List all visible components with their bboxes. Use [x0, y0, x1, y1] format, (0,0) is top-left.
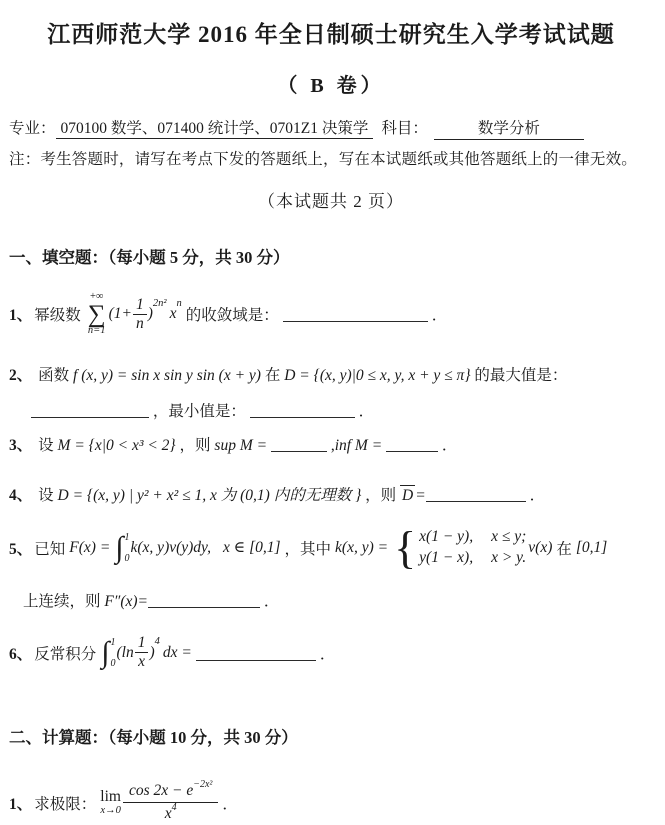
at-label: 在	[556, 537, 572, 559]
piecewise-definition: { x(1 − y), x ≤ y; y(1 − x), x > y.	[394, 525, 526, 571]
question-5: 5、 已知 F(x) = ∫ 1 0 k(x, y)v(y)dy, x ∈ [0…	[9, 525, 653, 571]
fraction-numerator: 1	[135, 635, 149, 653]
integral-limits: 1 0	[111, 637, 116, 669]
exam-paper-page: 江西师范大学 2016 年全日制硕士研究生入学考试试题 （ B 卷） 专业：07…	[0, 0, 665, 825]
meta-line: 专业：070100 数学、071400 统计学、0701Z1 决策学科目：数学分…	[9, 116, 653, 140]
interval: [0,1]	[576, 539, 607, 557]
page-title: 江西师范大学 2016 年全日制硕士研究生入学考试试题	[9, 16, 653, 49]
fraction-denominator: n	[133, 315, 147, 332]
question-2: 2、 函数 f (x, y) = sin x sin y sin (x + y)…	[9, 363, 653, 385]
question-2-line2: ，最小值是： ．	[31, 399, 653, 421]
s2-question-1-lead: 求极限：	[34, 792, 96, 814]
v-function: v(x)	[528, 539, 552, 557]
answer-blank	[196, 645, 316, 661]
question-6: 6、 反常积分 ∫ 1 0 (ln 1 x ) 4 dx = ．	[9, 635, 653, 671]
F-second-derivative: F″(x)=	[104, 593, 148, 610]
question-2-number: 2、	[9, 367, 32, 384]
period: ．	[320, 642, 336, 664]
question-1-number: 1、	[9, 303, 32, 325]
question-5-line2: 上连续，则 F″(x)= ．	[23, 589, 653, 611]
subject-label: 科目：	[381, 120, 428, 137]
integral-icon: ∫	[101, 638, 109, 668]
x-domain: x ∈ [0,1]	[223, 538, 281, 557]
subject-value: 数学分析	[434, 116, 584, 140]
domain-set: D = {(x, y)|0 ≤ x, y, x + y ≤ π}	[284, 367, 470, 384]
fraction-numerator: cos 2x − e −2x²	[123, 782, 218, 803]
denominator-exponent: 4	[172, 802, 177, 814]
piecewise-row1-cond: x ≤ y;	[491, 528, 526, 546]
question-4-mid: ，则	[365, 487, 396, 504]
series-term: (1+ 1 n ) 2n² x n	[109, 297, 182, 333]
fraction-numerator: 1	[133, 297, 147, 315]
question-5-lead: 已知	[34, 537, 65, 559]
question-2-lead: 函数	[38, 367, 69, 384]
section2-heading: 二、计算题：（每小题 10 分，共 30 分）	[9, 724, 653, 748]
section1-heading: 一、填空题：（每小题 5 分，共 30 分）	[9, 244, 653, 268]
integral-icon: ∫	[115, 533, 123, 563]
kernel-expression: k(x, y)v(y)dy,	[131, 539, 211, 557]
major-value: 070100 数学、071400 统计学、0701Z1 决策学	[56, 120, 374, 139]
fraction-1-over-n: 1 n	[133, 297, 147, 333]
question-6-number: 6、	[9, 642, 32, 664]
question-4-number: 4、	[9, 487, 32, 504]
paper-version: （ B 卷）	[9, 69, 653, 98]
inf-answer-blank	[386, 436, 438, 452]
x-exponent: n	[176, 298, 181, 309]
closure-D-overline: D	[400, 485, 415, 504]
denominator-base: x	[165, 805, 172, 823]
max-answer-blank	[31, 402, 149, 418]
x-base: x	[170, 305, 177, 323]
fraction-1-over-x: 1 x	[135, 635, 149, 671]
integral-lower-limit: 0	[111, 658, 116, 669]
question-4-lead: 设	[38, 487, 54, 504]
set-M: M = {x|0 < x³ < 2}	[58, 437, 176, 454]
exponent: 2n²	[153, 298, 167, 309]
question-1-lead: 幂级数	[34, 303, 81, 325]
left-brace-icon: {	[394, 525, 416, 571]
piecewise-row1-expr: x(1 − y),	[419, 528, 473, 546]
question-3-lead: 设	[38, 437, 54, 454]
question-5-mid: ，其中	[285, 537, 332, 559]
question-2-mid: 在	[265, 367, 281, 384]
answer-blank	[283, 306, 428, 322]
sup-answer-blank	[271, 436, 327, 452]
integral-lower-limit: 0	[125, 553, 130, 564]
period: ．	[432, 303, 448, 325]
integral-upper-limit: 1	[125, 532, 130, 543]
answer-blank	[426, 486, 526, 502]
set-D: D = {(x, y) | y² + x² ≤ 1, x 为 (0,1) 内的无…	[58, 487, 362, 504]
question-3: 3、 设 M = {x|0 < x³ < 2} ，则 sup M = ,inf …	[9, 433, 653, 455]
period: ．	[222, 792, 238, 814]
period: ．	[359, 403, 375, 420]
fraction-denominator: x	[135, 653, 148, 670]
limit-operator: lim x→0	[100, 789, 121, 817]
open-paren: (1+	[109, 305, 132, 323]
question-6-lead: 反常积分	[34, 642, 96, 664]
integral-sign: ∫ 1 0	[101, 637, 115, 669]
sum-symbol: +∞ ∑ n=1	[88, 292, 106, 337]
question-1: 1、 幂级数 +∞ ∑ n=1 (1+ 1 n ) 2n² x n 的收敛域是：…	[9, 292, 653, 337]
fraction-denominator: x 4	[165, 803, 177, 823]
sup-expression: sup M =	[214, 437, 267, 454]
sum-lower-limit: n=1	[88, 326, 106, 337]
exam-note: 注：考生答题时，请写在考点下发的答题纸上，写在本试题纸或其他答题纸上的一律无效。	[9, 147, 653, 169]
integral-sign: ∫ 1 0	[115, 532, 129, 564]
page-count: （本试题共 2 页）	[9, 187, 653, 212]
exponent: 4	[155, 636, 160, 647]
integrand: (ln 1 x ) 4 dx =	[117, 635, 192, 671]
numerator-base: cos 2x − e	[129, 782, 193, 800]
equals-sign: =	[415, 487, 425, 504]
question-2-tail: 的最大值是：	[474, 367, 567, 384]
F-equation: F(x) =	[69, 539, 110, 557]
limit-fraction: cos 2x − e −2x² x 4	[123, 782, 218, 823]
period: ．	[530, 487, 546, 504]
k-equation: k(x, y) =	[335, 539, 388, 557]
question-3-number: 3、	[9, 437, 32, 454]
min-answer-blank	[250, 402, 355, 418]
open-paren-ln: (ln	[117, 644, 134, 662]
question-3-mid: ，则	[180, 437, 211, 454]
lim-subscript: x→0	[100, 806, 120, 817]
inf-expression: inf M =	[335, 437, 382, 454]
question-5-line2-lead: 上连续，则	[23, 593, 101, 610]
sigma-icon: ∑	[88, 303, 106, 327]
numerator-exponent: −2x²	[193, 779, 212, 791]
question-1-tail: 的收敛域是：	[186, 303, 279, 325]
major-label: 专业：	[9, 120, 56, 137]
question-4: 4、 设 D = {(x, y) | y² + x² ≤ 1, x 为 (0,1…	[9, 483, 653, 505]
period: ．	[264, 593, 280, 610]
piecewise-row2-cond: x > y.	[491, 549, 526, 567]
answer-blank	[148, 592, 260, 608]
piecewise-rows: x(1 − y), x ≤ y; y(1 − x), x > y.	[419, 528, 526, 567]
integral-limits: 1 0	[125, 532, 130, 564]
lim-text: lim	[100, 789, 121, 805]
period: ．	[442, 437, 458, 454]
s2-question-1-number: 1、	[9, 792, 32, 814]
question-5-number: 5、	[9, 537, 32, 559]
piecewise-row2-expr: y(1 − x),	[419, 549, 473, 567]
min-label: ，最小值是：	[153, 403, 246, 420]
function-formula: f (x, y) = sin x sin y sin (x + y)	[73, 367, 261, 384]
section2-question-1: 1、 求极限： lim x→0 cos 2x − e −2x² x 4 ．	[9, 782, 653, 823]
integral-upper-limit: 1	[111, 637, 116, 648]
dx-equals: dx =	[163, 644, 192, 662]
